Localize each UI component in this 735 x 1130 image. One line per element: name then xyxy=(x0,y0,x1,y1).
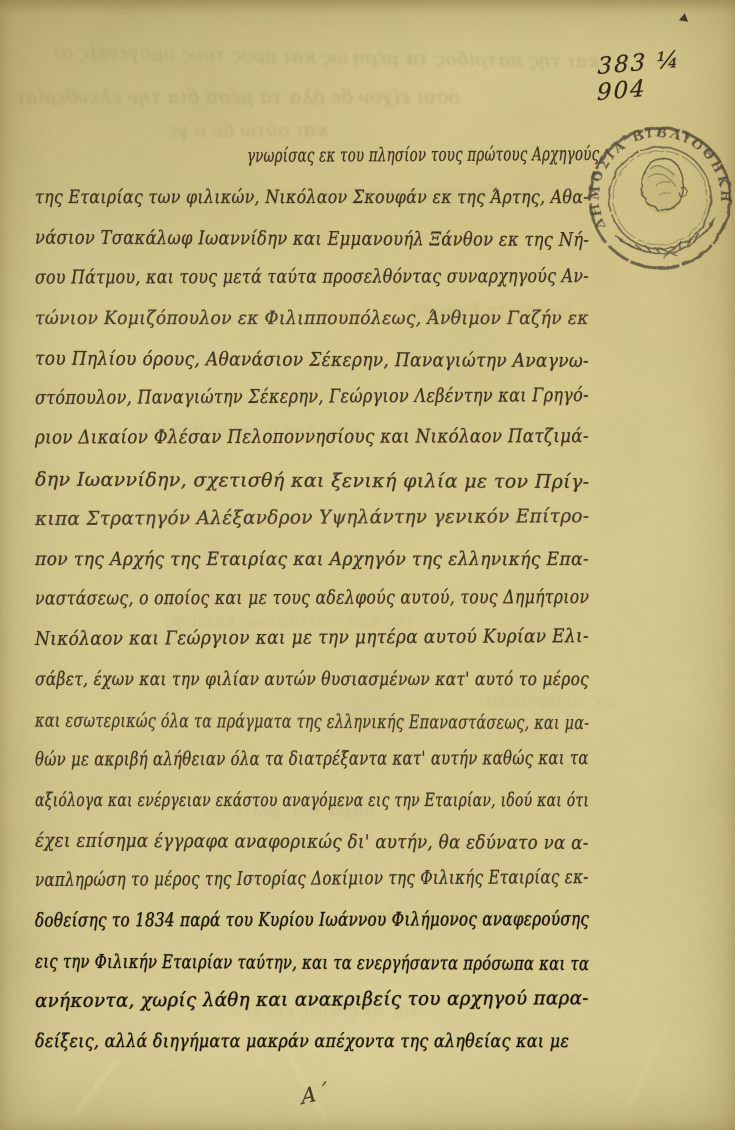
handwritten-line: ναπληρώση το μέρος της Ιστορίας Δοκίμιον… xyxy=(35,866,595,909)
handwritten-line: δοθείσης το 1834 παρά του Κυρίου Ιωάννου… xyxy=(35,908,595,950)
handwritten-line: νάσιον Τσακάλωφ Ιωαννίδην και Εμμανουήλ … xyxy=(35,227,595,270)
stamp-head-emblem xyxy=(636,155,691,217)
handwritten-line: αξιόλογα και ενέργειαν εκάστου αναγόμενα… xyxy=(35,789,595,829)
bleedthrough-line: και της πατρίδος τα μέρη ως και προς του… xyxy=(55,41,600,73)
bleedthrough-line: και ούτω δε ο γε xyxy=(18,119,328,144)
paper-crease xyxy=(628,1019,670,1106)
handwritten-line: στόπουλον, Παναγιώτην Σέκερην, Γεώργιον … xyxy=(35,384,595,427)
catalog-number: 383 ¼ 904 xyxy=(597,42,735,106)
handwritten-line: δην Ιωαννίδην, σχετισθή και ξενική φιλία… xyxy=(35,468,595,511)
corner-mark: ▲ xyxy=(679,10,690,24)
handwritten-line: της Εταιρίας των φιλικών, Νικόλαον Σκουφ… xyxy=(35,186,595,226)
handwritten-line: ναστάσεως, ο οποίος και με τους αδελφούς… xyxy=(35,586,595,628)
handwritten-line: τώνιον Κομιζόπουλον εκ Φιλιππουπόλεως, Ά… xyxy=(35,307,595,347)
manuscript-text: γνωρίσας εκ του πλησίον τους πρώτους Αρχ… xyxy=(35,146,595,1070)
handwritten-line: σου Πάτμου, και τους μετά ταύτα προσελθό… xyxy=(35,265,595,307)
handwritten-line: σάβετ, έχων και την φιλίαν αυτών θυσιασμ… xyxy=(35,668,595,708)
handwritten-line: γνωρίσας εκ του πλησίον τους πρώτους Αρχ… xyxy=(35,143,595,186)
stamp-laurel-branches xyxy=(615,218,721,266)
handwritten-line: ριον Δικαίον Φλέσαν Πελοποννησίους και Ν… xyxy=(35,425,595,467)
handwritten-line: πον της Αρχής της Εταιρίας και Αρχηγόν τ… xyxy=(35,548,595,588)
handwritten-line: και εσωτερικώς όλα τα πράγματα της ελλην… xyxy=(35,709,595,752)
handwritten-line: Νικόλαον και Γεώργιον και με την μητέρα … xyxy=(35,625,595,668)
page-marker: Α΄ xyxy=(300,1079,329,1109)
handwritten-line: δείξεις, αλλά διηγήματα μακράν απέχοντα … xyxy=(35,1030,595,1070)
handwritten-line: κιπα Στρατηγόν Αλέξανδρον Υψηλάντην γενι… xyxy=(35,505,595,548)
bleedthrough-line: όσοι είχον δε όλα τα μέσα δια την ελευθε… xyxy=(20,86,460,108)
handwritten-line: θών με ακριβή αλήθειαν όλα τα διατρέξαντ… xyxy=(35,747,595,789)
manuscript-page: και της πατρίδος τα μέρη ως και προς του… xyxy=(0,0,735,1130)
library-stamp: ΔΗΜΟΣΙΑ ΒΙΒΛΙΟΘΗΚΗ xyxy=(585,116,735,284)
handwritten-line: ανήκοντα, χωρίς λάθη και ανακριβείς του … xyxy=(35,987,595,1030)
